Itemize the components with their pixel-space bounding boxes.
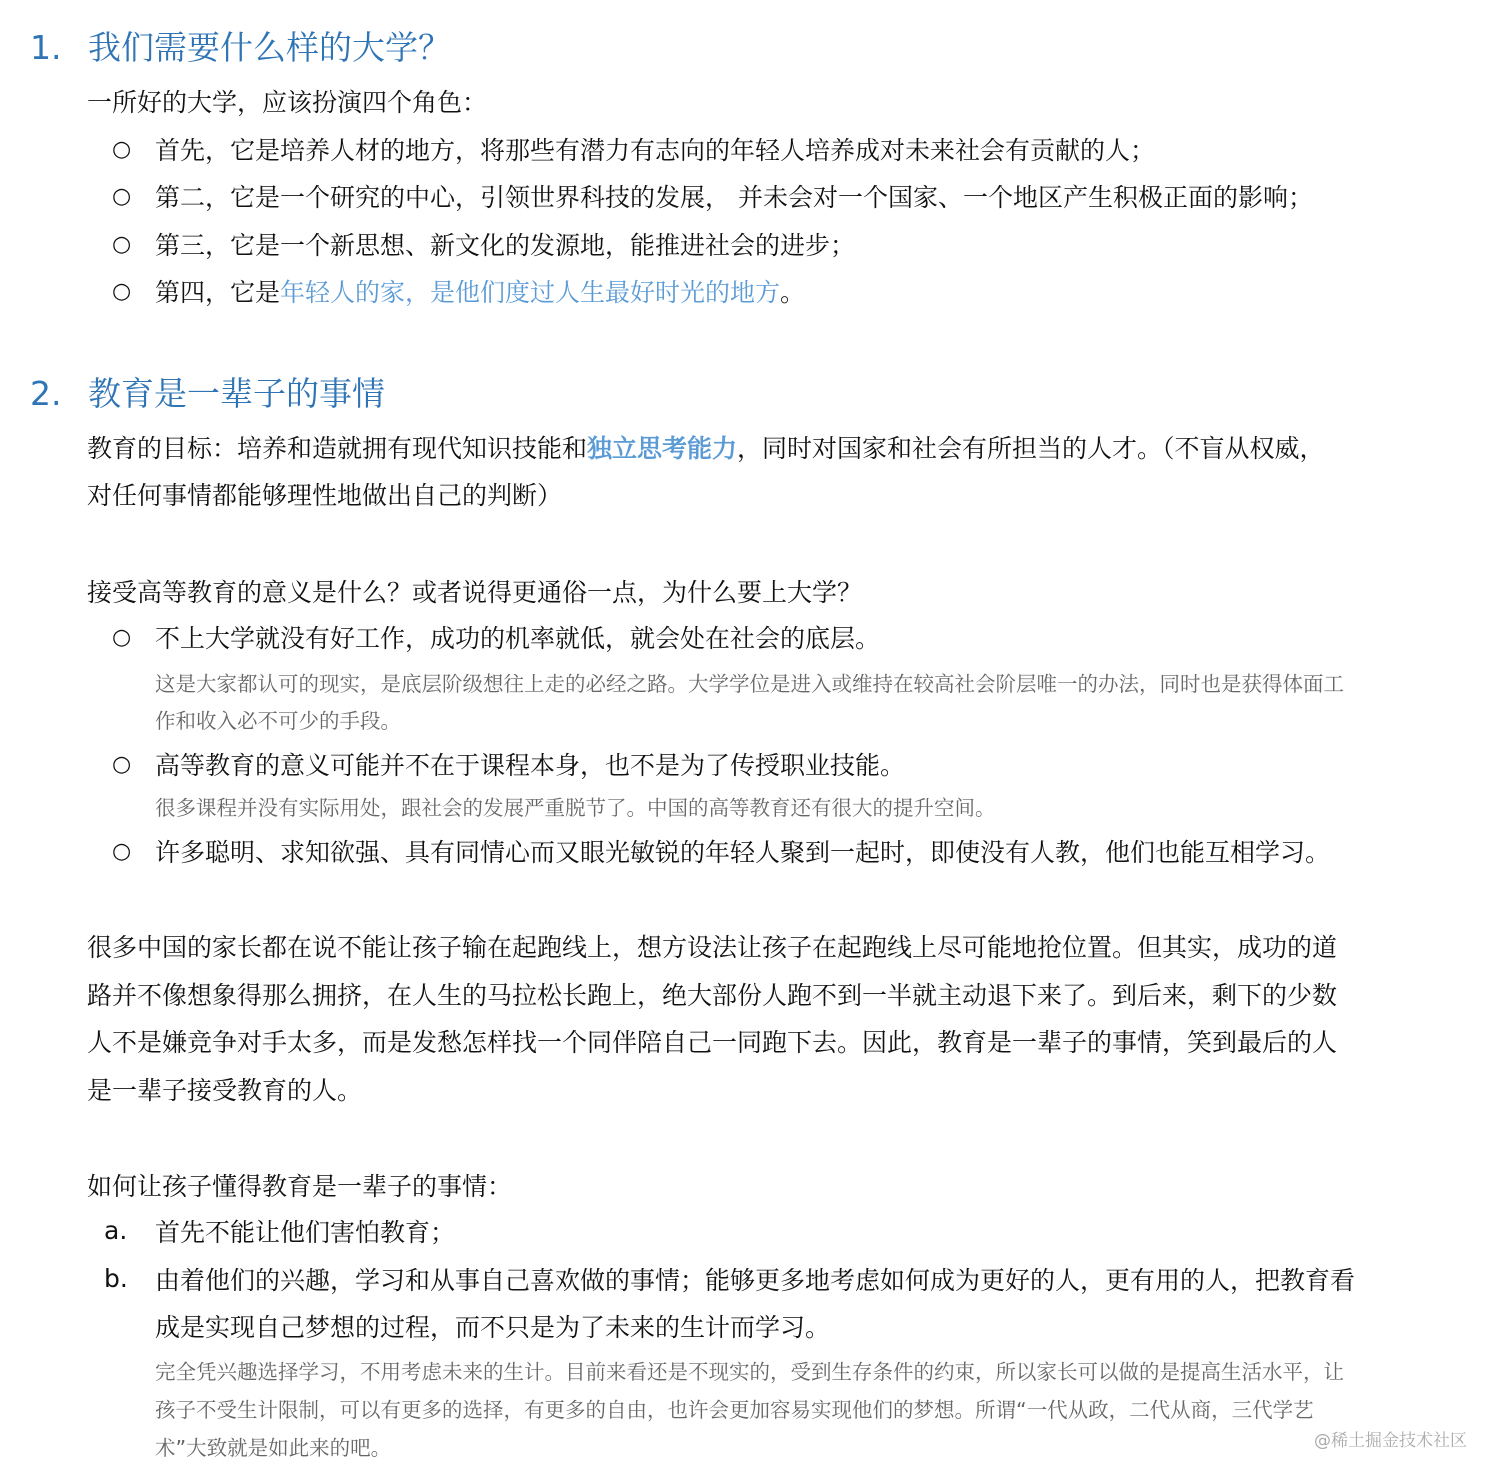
list-item-note: 很多课程并没有实际用处，跟社会的发展严重脱节了。中国的高等教育还有很大的提升空间… xyxy=(155,793,996,823)
list-item: ○ 许多聪明、求知欲强、具有同情心而又眼光敏锐的年轻人聚到一起时，即使没有人教，… xyxy=(0,836,1512,870)
bullet-circle-icon: ○ xyxy=(112,279,131,304)
list-item: b. 由着他们的兴趣，学习和从事自己喜欢做的事情；能够更多地考虑如何成为更好的人… xyxy=(0,1264,1512,1298)
how-title: 如何让孩子懂得教育是一辈子的事情： xyxy=(87,1170,512,1204)
highlighted-text: 独立思考能力 xyxy=(587,434,737,463)
bullet-circle-icon: ○ xyxy=(112,184,131,209)
list-item-text: 第四，它是年轻人的家，是他们度过人生最好时光的地方。 xyxy=(155,276,805,310)
list-item: a. 首先不能让他们害怕教育； xyxy=(0,1216,1512,1250)
section-1-title: 我们需要什么样的大学？ xyxy=(88,28,451,68)
list-item-note: 孩子不受生计限制，可以有更多的选择，有更多的自由，也许会更加容易实现他们的梦想。… xyxy=(155,1395,1314,1425)
list-item: ○ 第四，它是年轻人的家，是他们度过人生最好时光的地方。 xyxy=(0,276,1512,310)
paragraph-line: 是一辈子接受教育的人。 xyxy=(87,1074,362,1108)
list-item: ○ 第三，它是一个新思想、新文化的发源地，能推进社会的进步； xyxy=(0,229,1512,263)
list-marker: a. xyxy=(104,1216,127,1245)
list-item-text: 首先，它是培养人材的地方，将那些有潜力有志向的年轻人培养成对未来社会有贡献的人； xyxy=(155,134,1155,168)
list-item: ○ 不上大学就没有好工作，成功的机率就低，就会处在社会的底层。 xyxy=(0,622,1512,656)
list-item: ○ 首先，它是培养人材的地方，将那些有潜力有志向的年轻人培养成对未来社会有贡献的… xyxy=(0,134,1512,168)
bullet-circle-icon: ○ xyxy=(112,137,131,162)
list-item: ○ 高等教育的意义可能并不在于课程本身，也不是为了传授职业技能。 xyxy=(0,749,1512,783)
section-2-title: 教育是一辈子的事情 xyxy=(88,374,385,414)
list-marker: b. xyxy=(104,1264,128,1293)
list-item-note: 作和收入必不可少的手段。 xyxy=(155,706,401,736)
text-prefix: 第四，它是 xyxy=(155,278,280,307)
list-item-text: 第三，它是一个新思想、新文化的发源地，能推进社会的进步； xyxy=(155,229,855,263)
watermark: @稀土掘金技术社区 xyxy=(1314,1426,1467,1451)
list-item-note: 这是大家都认可的现实，是底层阶级想往上走的必经之路。大学学位是进入或维持在较高社… xyxy=(155,669,1344,699)
text-suffix: 。 xyxy=(780,278,805,307)
list-item-text: 高等教育的意义可能并不在于课程本身，也不是为了传授职业技能。 xyxy=(155,749,905,783)
bullet-circle-icon: ○ xyxy=(112,625,131,650)
section-2-heading: 2. 教育是一辈子的事情 xyxy=(30,374,630,414)
meaning-question: 接受高等教育的意义是什么？或者说得更通俗一点，为什么要上大学？ xyxy=(87,576,862,610)
paragraph-line: 很多中国的家长都在说不能让孩子输在起跑线上，想方设法让孩子在起跑线上尽可能地抢位… xyxy=(87,931,1337,965)
section-2-number: 2. xyxy=(30,374,62,414)
bullet-circle-icon: ○ xyxy=(112,839,131,864)
education-goal: 教育的目标：培养和造就拥有现代知识技能和独立思考能力，同时对国家和社会有所担当的… xyxy=(87,432,1325,466)
paragraph-line: 路并不像想象得那么拥挤，在人生的马拉松长跑上，绝大部份人跑不到一半就主动退下来了… xyxy=(87,979,1337,1013)
bullet-circle-icon: ○ xyxy=(112,232,131,257)
section-1-heading: 1. 我们需要什么样的大学？ xyxy=(30,28,630,68)
section-1-number: 1. xyxy=(30,28,62,68)
list-item-text: 不上大学就没有好工作，成功的机率就低，就会处在社会的底层。 xyxy=(155,622,880,656)
bullet-circle-icon: ○ xyxy=(112,752,131,777)
list-item-text: 成是实现自己梦想的过程，而不只是为了未来的生计而学习。 xyxy=(155,1311,830,1345)
goal-prefix: 教育的目标：培养和造就拥有现代知识技能和 xyxy=(87,434,587,463)
education-goal-line2: 对任何事情都能够理性地做出自己的判断） xyxy=(87,479,562,513)
goal-suffix: ，同时对国家和社会有所担当的人才。（不盲从权威， xyxy=(737,434,1325,463)
list-item-text: 第二，它是一个研究的中心，引领世界科技的发展， 并未会对一个国家、一个地区产生积… xyxy=(155,181,1313,215)
list-item-text: 许多聪明、求知欲强、具有同情心而又眼光敏锐的年轻人聚到一起时，即使没有人教，他们… xyxy=(155,836,1330,870)
paragraph-line: 人不是嫌竞争对手太多，而是发愁怎样找一个同伴陪自己一同跑下去。因此，教育是一辈子… xyxy=(87,1026,1337,1060)
list-item-note: 术”大致就是如此来的吧。 xyxy=(155,1433,391,1463)
list-item: ○ 第二，它是一个研究的中心，引领世界科技的发展， 并未会对一个国家、一个地区产… xyxy=(0,181,1512,215)
highlighted-text: 年轻人的家，是他们度过人生最好时光的地方 xyxy=(280,278,780,307)
list-item-note: 完全凭兴趣选择学习，不用考虑未来的生计。目前来看还是不现实的，受到生存条件的约束… xyxy=(155,1357,1344,1387)
section-1-intro: 一所好的大学，应该扮演四个角色： xyxy=(87,86,487,120)
list-item-text: 首先不能让他们害怕教育； xyxy=(155,1216,455,1250)
list-item-text: 由着他们的兴趣，学习和从事自己喜欢做的事情；能够更多地考虑如何成为更好的人，更有… xyxy=(155,1264,1355,1298)
